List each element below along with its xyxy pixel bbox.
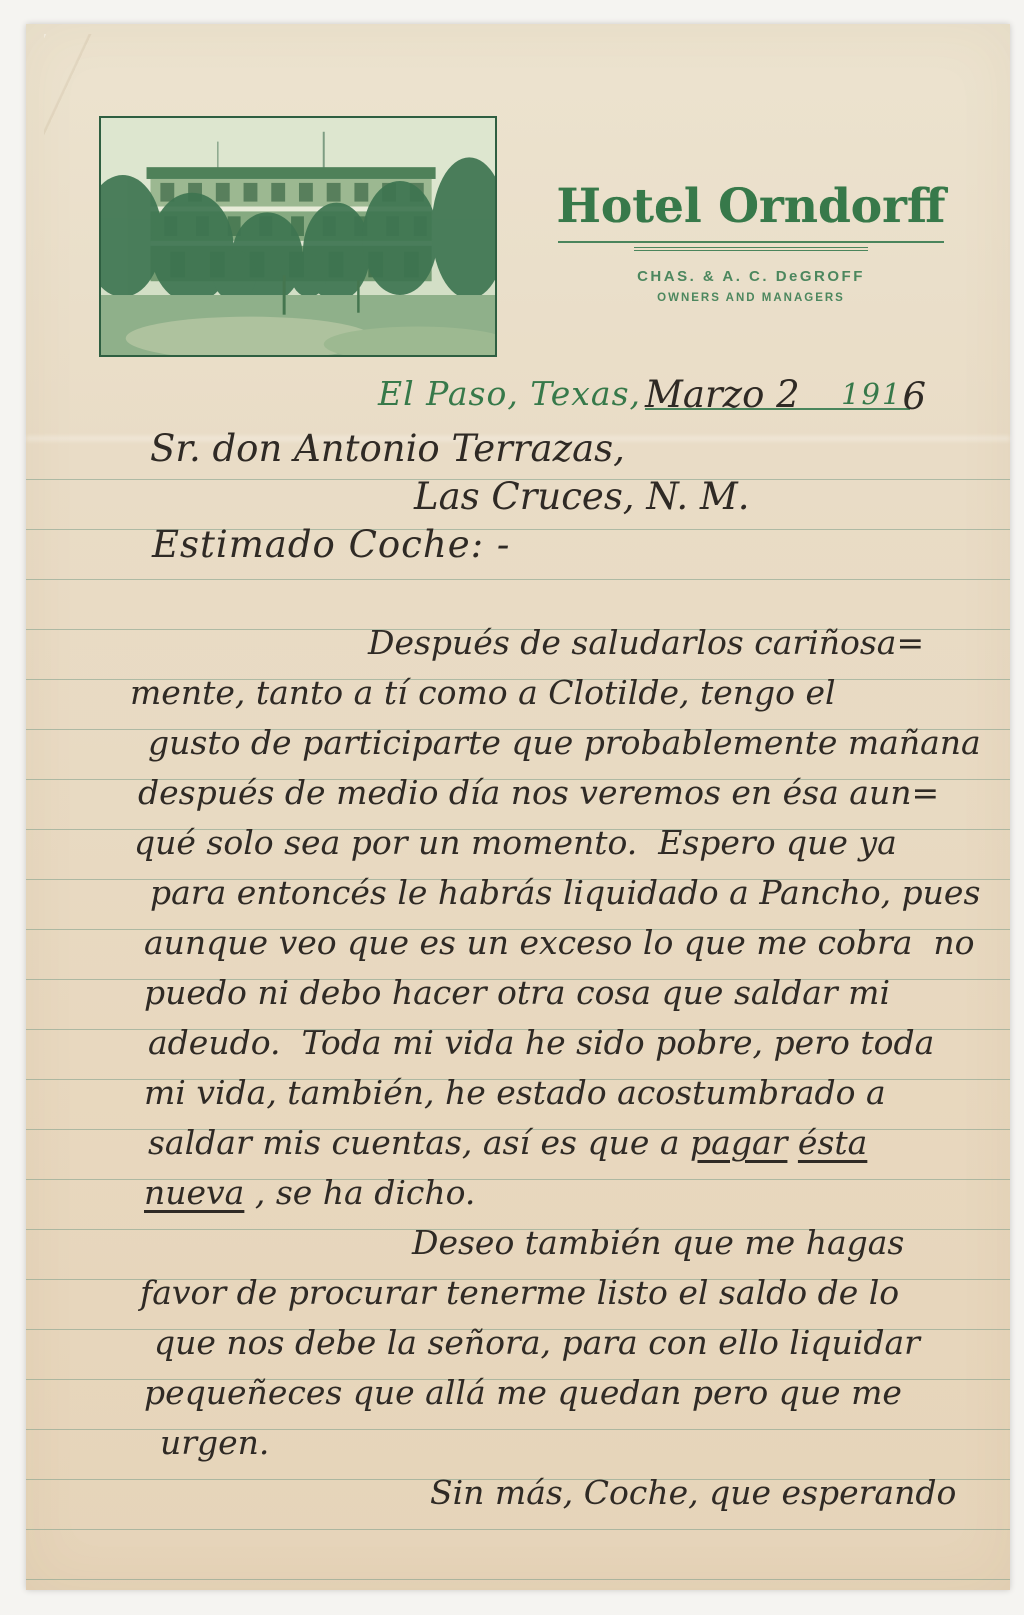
body-text: pequeñeces que allá me quedan pero que m… xyxy=(144,1373,902,1412)
letter-body: Después de saludarlos cariñosa=mente, ta… xyxy=(130,618,970,1518)
body-text xyxy=(787,1123,798,1162)
body-text: gusto de participarte que probablemente … xyxy=(148,723,981,762)
year-handwritten: 6 xyxy=(902,378,926,415)
owners-line: CHAS. & A. C. DeGROFF xyxy=(550,268,952,285)
page-root: { "letterhead": { "hotel_name": "Hotel O… xyxy=(0,0,1024,1615)
body-line: urgen. xyxy=(130,1418,970,1468)
body-text: , se ha dicho. xyxy=(244,1173,475,1212)
body-text: después de medio día nos veremos en ésa … xyxy=(138,773,939,812)
body-text: que nos debe la señora, para con ello li… xyxy=(154,1323,920,1362)
body-line: qué solo sea por un momento. Espero que … xyxy=(130,818,970,868)
body-line: puedo ni debo hacer otra cosa que saldar… xyxy=(130,968,970,1018)
body-line: después de medio día nos veremos en ésa … xyxy=(130,768,970,818)
hotel-photo xyxy=(99,116,497,357)
body-line: Deseo también que me hagas xyxy=(130,1218,970,1268)
hotel-photo-engraving xyxy=(101,118,495,355)
body-text: Deseo también que me hagas xyxy=(412,1223,904,1262)
body-line: gusto de participarte que probablemente … xyxy=(130,718,970,768)
letterhead-rule-short xyxy=(634,247,867,251)
hotel-name: Hotel Orndorff xyxy=(550,182,952,231)
body-line: adeudo. Toda mi vida he sido pobre, pero… xyxy=(130,1018,970,1068)
date-rule: Marzo 2 191 6 xyxy=(645,376,910,410)
recipient-name: Sr. don Antonio Terrazas, xyxy=(150,428,625,471)
body-line: mente, tanto a tí como a Clotilde, tengo… xyxy=(130,668,970,718)
recipient-city: Las Cruces, N. M. xyxy=(414,476,750,519)
body-text: favor de procurar tenerme listo el saldo… xyxy=(140,1273,899,1312)
body-text-underlined: nueva xyxy=(144,1173,244,1212)
body-text: mi vida, también, he estado acostumbrado… xyxy=(144,1073,886,1112)
body-line: favor de procurar tenerme listo el saldo… xyxy=(130,1268,970,1318)
body-text: aunque veo que es un exceso lo que me co… xyxy=(144,923,975,962)
owners-title-line: OWNERS AND MANAGERS xyxy=(550,292,952,304)
body-text: adeudo. Toda mi vida he sido pobre, pero… xyxy=(148,1023,934,1062)
letter-paper: Hotel Orndorff CHAS. & A. C. DeGROFF OWN… xyxy=(26,24,1010,1590)
body-line: Después de saludarlos cariñosa= xyxy=(130,618,970,668)
body-line: aunque veo que es un exceso lo que me co… xyxy=(130,918,970,968)
body-text: urgen. xyxy=(160,1423,269,1462)
body-line: nueva , se ha dicho. xyxy=(130,1168,970,1218)
body-text: Después de saludarlos cariñosa= xyxy=(368,623,924,662)
place-printed: El Paso, Texas, xyxy=(378,377,641,410)
body-line: para entoncés le habrás liquidado a Panc… xyxy=(130,868,970,918)
body-text: puedo ni debo hacer otra cosa que saldar… xyxy=(144,973,890,1012)
body-text: saldar mis cuentas, así es que a xyxy=(148,1123,690,1162)
body-text: mente, tanto a tí como a Clotilde, tengo… xyxy=(130,673,836,712)
letterhead-rule-long xyxy=(558,241,944,243)
body-text-underlined: pagar xyxy=(690,1123,787,1162)
body-line: saldar mis cuentas, así es que a pagar é… xyxy=(130,1118,970,1168)
body-line: Sin más, Coche, que esperando xyxy=(130,1468,970,1518)
date-handwritten: Marzo 2 xyxy=(645,376,800,413)
body-line: que nos debe la señora, para con ello li… xyxy=(130,1318,970,1368)
body-line: pequeñeces que allá me quedan pero que m… xyxy=(130,1368,970,1418)
body-text: para entoncés le habrás liquidado a Panc… xyxy=(150,873,980,912)
dateline: El Paso, Texas, Marzo 2 191 6 xyxy=(378,376,910,410)
body-text-underlined: ésta xyxy=(798,1123,867,1162)
body-text: Sin más, Coche, que esperando xyxy=(430,1473,956,1512)
letterhead: Hotel Orndorff CHAS. & A. C. DeGROFF OWN… xyxy=(550,182,952,304)
salutation: Estimado Coche: - xyxy=(152,524,510,567)
body-text: qué solo sea por un momento. Espero que … xyxy=(134,823,897,862)
year-printed: 191 xyxy=(841,380,902,409)
body-line: mi vida, también, he estado acostumbrado… xyxy=(130,1068,970,1118)
